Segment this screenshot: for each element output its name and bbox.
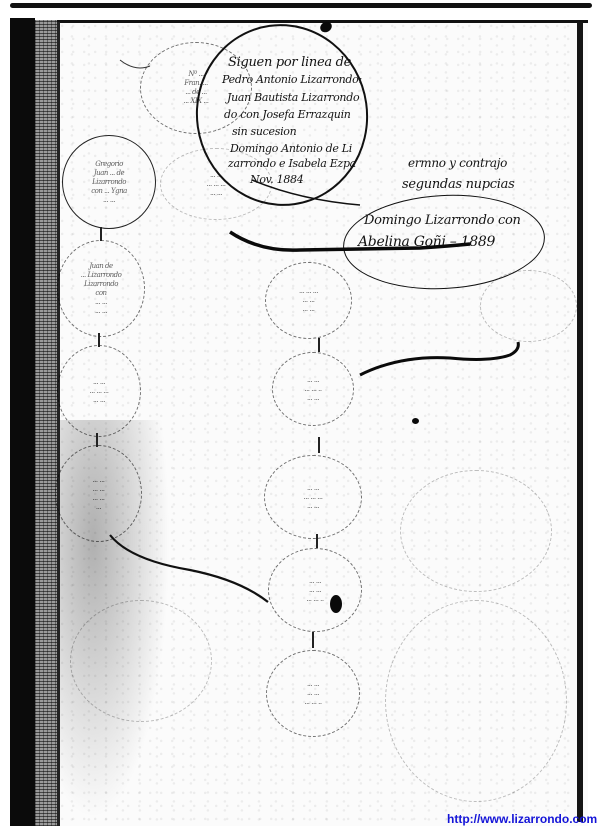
- ink-strokes: [0, 0, 600, 826]
- website-watermark-link[interactable]: http://www.lizarrondo.com: [447, 812, 597, 826]
- ink-blot: [330, 595, 342, 613]
- ink-blot: [412, 418, 419, 424]
